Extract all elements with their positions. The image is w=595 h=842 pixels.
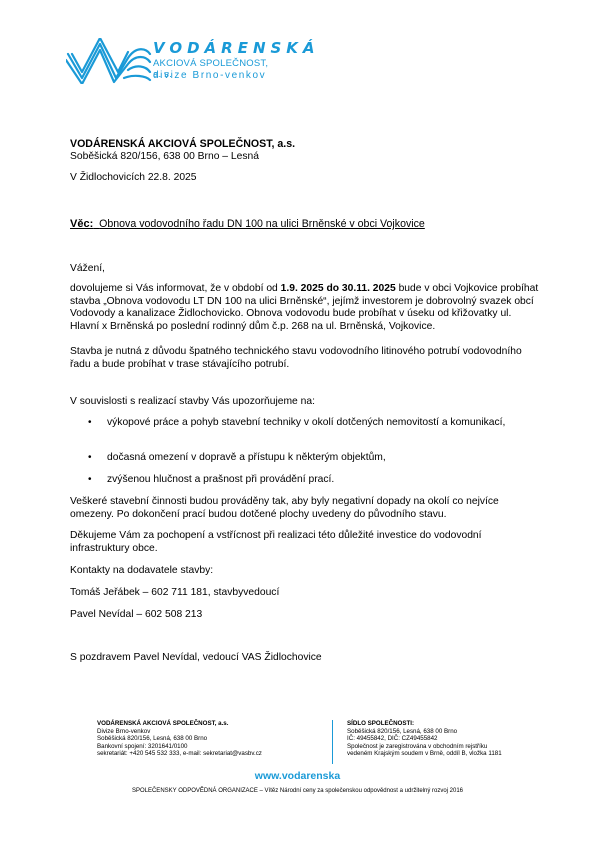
footer-company-name: VODÁRENSKÁ AKCIOVÁ SPOLEČNOST, a.s.: [97, 720, 262, 728]
paragraph-thanks: Děkujeme Vám za pochopení a vstřícnost p…: [70, 530, 540, 555]
logo-wordmark: VODÁRENSKÁ: [153, 39, 320, 57]
footer-bank: Bankovní spojení: 3201641/0100: [97, 743, 262, 751]
intro-start: dovolujeme si Vás informovat, že v obdob…: [70, 283, 281, 294]
footer-seat-title: SÍDLO SPOLEČNOSTI:: [347, 720, 502, 728]
paragraph-notice: V souvislosti s realizací stavby Vás upo…: [70, 396, 540, 409]
contact-site-manager: Tomáš Jeřábek – 602 711 181, stavbyvedou…: [70, 587, 540, 600]
footer-ids: IČ: 49455842, DIČ: CZ49455842: [347, 735, 502, 743]
footer-divider: [332, 720, 333, 764]
closing-signature: S pozdravem Pavel Nevídal, vedoucí VAS Ž…: [70, 652, 540, 665]
paragraph-reason: Stavba je nutná z důvodu špatného techni…: [70, 346, 540, 371]
footer-contact: sekretariát: +420 545 532 333, e-mail: s…: [97, 750, 262, 758]
logo-division: divize Brno-venkov: [153, 70, 266, 81]
subject-line: Věc: Obnova vodovodního řadu DN 100 na u…: [70, 218, 425, 230]
bullet-icon: •: [88, 417, 92, 428]
place-date: V Židlochovicích 22.8. 2025: [70, 172, 197, 185]
paragraph-measures: Veškeré stavební činnosti budou prováděn…: [70, 496, 540, 521]
footer-registry-2: vedeném Krajským soudem v Brně, oddíl B,…: [347, 750, 502, 758]
paragraph-intro: dovolujeme si Vás informovat, že v obdob…: [70, 283, 540, 333]
bullet-icon: •: [88, 452, 92, 463]
bullet-icon: •: [88, 474, 92, 485]
contact-manager: Pavel Nevídal – 602 508 213: [70, 609, 540, 622]
footer-left: VODÁRENSKÁ AKCIOVÁ SPOLEČNOST, a.s. Divi…: [97, 720, 262, 758]
organization-award: SPOLEČENSKY ODPOVĚDNÁ ORGANIZACE – Vítěz…: [0, 788, 595, 794]
footer-right: SÍDLO SPOLEČNOSTI: Soběšická 820/156, Le…: [347, 720, 502, 758]
footer-division: Divize Brno-venkov: [97, 728, 262, 736]
footer-registry-1: Společnost je zaregistrována v obchodním…: [347, 743, 502, 751]
vas-wave-logo-icon: [66, 38, 152, 84]
website-link[interactable]: www.vodarenska: [0, 770, 595, 782]
bullet-item: výkopové práce a pohyb stavební techniky…: [107, 417, 527, 430]
greeting: Vážení,: [70, 263, 540, 276]
bullet-item: dočasná omezení v dopravě a přístupu k n…: [107, 452, 527, 465]
footer-seat-address: Soběšická 820/156, Lesná, 638 00 Brno: [347, 728, 502, 736]
company-logo: VODÁRENSKÁ AKCIOVÁ SPOLEČNOST, a. s. div…: [66, 38, 276, 88]
contacts-heading: Kontakty na dodavatele stavby:: [70, 565, 540, 578]
bullet-item: zvýšenou hlučnost a prašnost při provádě…: [107, 474, 527, 487]
sender-address: Soběšická 820/156, 638 00 Brno – Lesná: [70, 151, 259, 164]
subject-text: Obnova vodovodního řadu DN 100 na ulici …: [99, 218, 425, 230]
footer-address: Soběšická 820/156, Lesná, 638 00 Brno: [97, 735, 262, 743]
sender-name: VODÁRENSKÁ AKCIOVÁ SPOLEČNOST, a.s.: [70, 138, 295, 151]
period-dates: 1.9. 2025 do 30.11. 2025: [281, 283, 396, 294]
subject-label: Věc:: [70, 218, 93, 230]
